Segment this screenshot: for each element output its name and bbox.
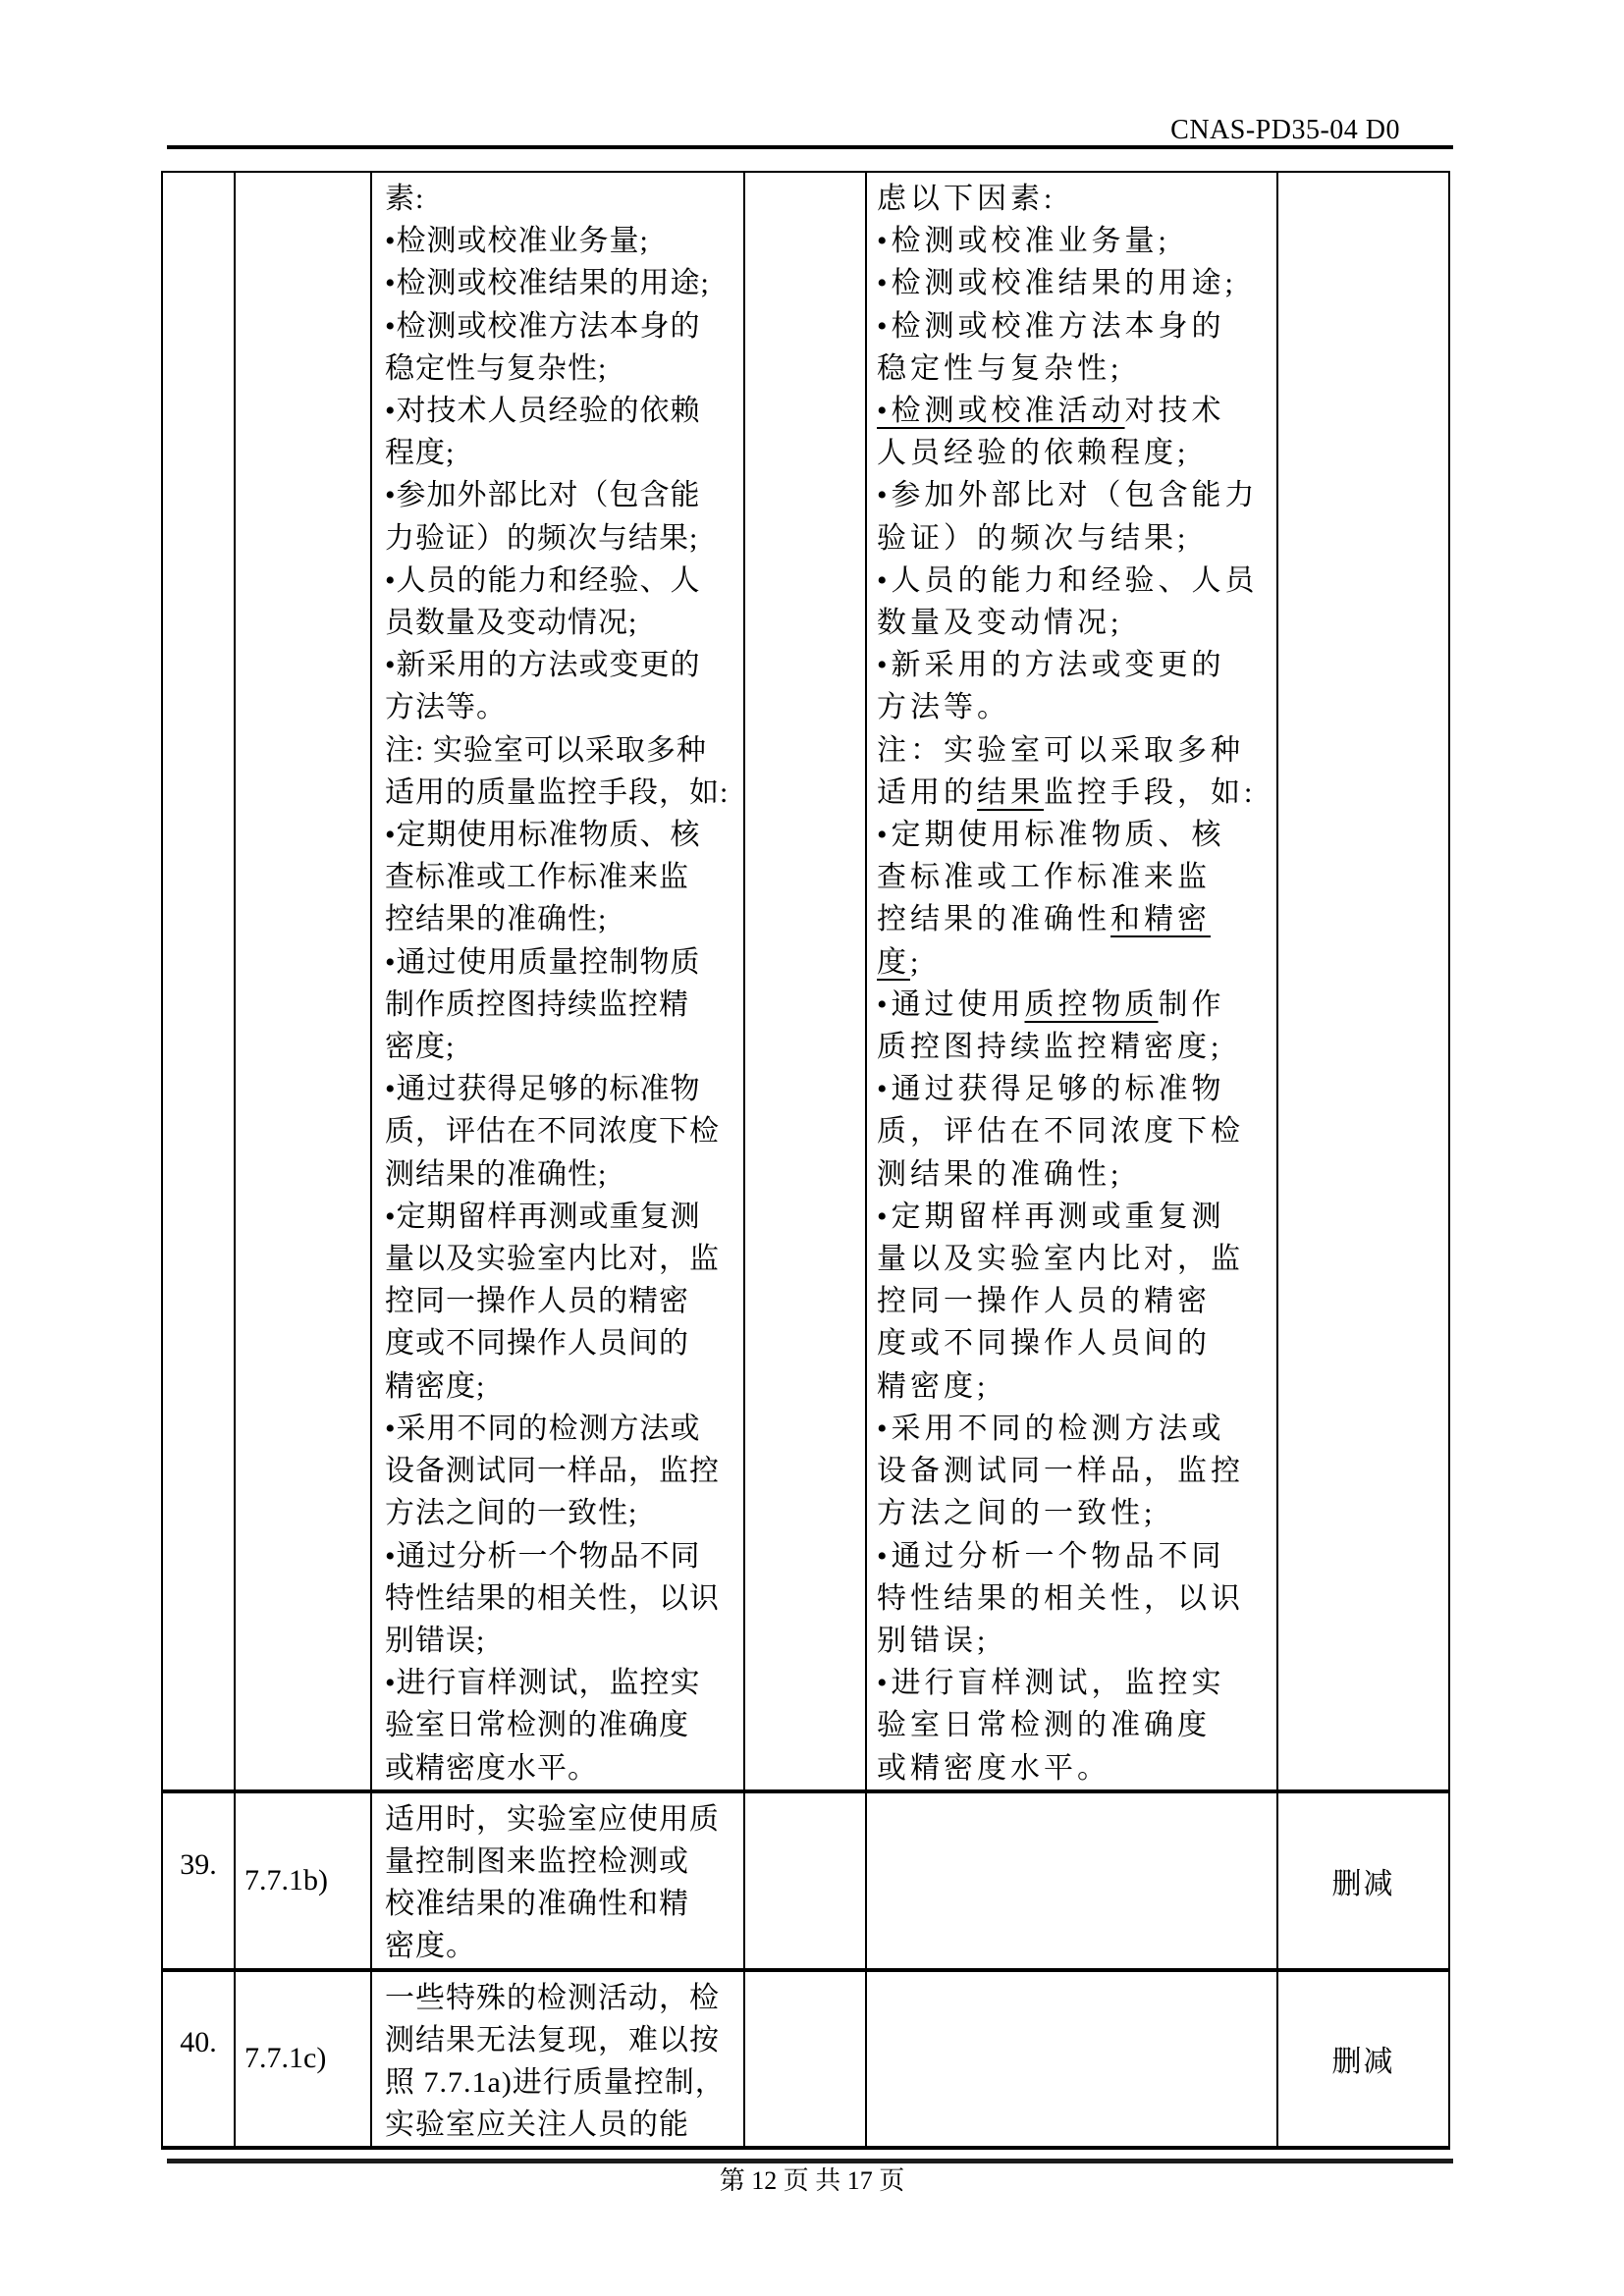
- table-row-continuation: 素:•检测或校准业务量;•检测或校准结果的用途;•检测或校准方法本身的稳定性与复…: [162, 172, 1449, 1791]
- text-line: 适用的质量监控手段，如:: [385, 772, 739, 814]
- text-line: 质，评估在不同浓度下检: [385, 1110, 739, 1152]
- text-line: 方法等。: [877, 686, 1272, 728]
- text-line: •人员的能力和经验、人员: [877, 560, 1272, 602]
- text-line: 虑以下因素:: [877, 178, 1272, 220]
- text-line: 设备测试同一样品，监控: [877, 1450, 1272, 1492]
- text-line: •参加外部比对（包含能: [385, 474, 739, 516]
- text-line: 或精密度水平。: [877, 1747, 1272, 1789]
- text-line: 稳定性与复杂性;: [385, 347, 739, 390]
- text-line: •通过使用质控物质制作: [877, 984, 1272, 1026]
- text-line: 度;: [877, 941, 1272, 984]
- text-line: •参加外部比对（包含能力: [877, 474, 1272, 516]
- text-line: •通过分析一个物品不同: [385, 1535, 739, 1577]
- text-line: •通过获得足够的标准物: [385, 1068, 739, 1110]
- text-line: •检测或校准方法本身的: [385, 305, 739, 347]
- text-line: 一些特殊的检测活动，检: [385, 1977, 739, 2019]
- text-line: 控同一操作人员的精密: [877, 1280, 1272, 1322]
- text-line: 制作质控图持续监控精: [385, 984, 739, 1026]
- footer-rule: [167, 2159, 1453, 2163]
- text-line: 注: 实验室可以采取多种: [385, 729, 739, 772]
- cell-gap: [744, 1791, 866, 1970]
- text-line: 特性结果的相关性，以识: [877, 1577, 1272, 1620]
- text-line: 控结果的准确性和精密: [877, 898, 1272, 940]
- text-line: •进行盲样测试，监控实: [385, 1662, 739, 1704]
- text-line: 适用时，实验室应使用质: [385, 1798, 739, 1841]
- text-line: 特性结果的相关性，以识: [385, 1577, 739, 1620]
- document-code: CNAS-PD35-04 D0: [1170, 116, 1400, 145]
- text-line: 质，评估在不同浓度下检: [877, 1110, 1272, 1152]
- table-row-40: 40. 7.7.1c) 一些特殊的检测活动，检测结果无法复现，难以按照 7.7.…: [162, 1970, 1449, 2149]
- text-line: •检测或校准结果的用途;: [385, 262, 739, 304]
- text-line: 精密度;: [385, 1365, 739, 1408]
- header-rule: [167, 145, 1453, 149]
- text-line: •通过分析一个物品不同: [877, 1535, 1272, 1577]
- cell-new-text: [866, 1970, 1277, 2149]
- text-line: •定期留样再测或重复测: [385, 1196, 739, 1238]
- text-line: 实验室应关注人员的能: [385, 2104, 739, 2146]
- text-line: 程度;: [385, 432, 739, 474]
- status-label: 删减: [1277, 1791, 1449, 1970]
- text-line: •检测或校准方法本身的: [877, 305, 1272, 347]
- text-line: 方法之间的一致性;: [877, 1492, 1272, 1534]
- row-number: 40.: [180, 2026, 217, 2058]
- text-line: 量以及实验室内比对，监: [877, 1238, 1272, 1280]
- text-line: •采用不同的检测方法或: [877, 1408, 1272, 1450]
- text-line: 校准结果的准确性和精: [385, 1883, 739, 1925]
- text-line: 照 7.7.1a)进行质量控制，: [385, 2061, 739, 2104]
- text-line: •定期留样再测或重复测: [877, 1196, 1272, 1238]
- text-line: 验室日常检测的准确度: [877, 1704, 1272, 1746]
- text-line: 数量及变动情况;: [877, 602, 1272, 644]
- cell-gap: [744, 172, 866, 1791]
- cell-old-text: 一些特殊的检测活动，检测结果无法复现，难以按照 7.7.1a)进行质量控制，实验…: [371, 1970, 744, 2149]
- text-line: 测结果的准确性;: [385, 1153, 739, 1196]
- text-line: •定期使用标准物质、核: [877, 814, 1272, 856]
- text-line: 别错误;: [385, 1620, 739, 1662]
- cell-new-text: 虑以下因素:•检测或校准业务量;•检测或校准结果的用途;•检测或校准方法本身的稳…: [866, 172, 1277, 1791]
- text-line: •通过获得足够的标准物: [877, 1068, 1272, 1110]
- text-line: •人员的能力和经验、人: [385, 560, 739, 602]
- cell-status-empty: [1277, 172, 1449, 1791]
- cell-old-text: 素:•检测或校准业务量;•检测或校准结果的用途;•检测或校准方法本身的稳定性与复…: [371, 172, 744, 1791]
- text-line: •定期使用标准物质、核: [385, 814, 739, 856]
- row-number: 39.: [180, 1848, 217, 1881]
- cell-row-number-empty: [162, 172, 235, 1791]
- text-line: 注：实验室可以采取多种: [877, 729, 1272, 772]
- text-line: •检测或校准活动对技术: [877, 390, 1272, 432]
- text-line: •通过使用质量控制物质: [385, 941, 739, 984]
- page-number: 第 12 页 共 17 页: [0, 2166, 1624, 2196]
- document-page: CNAS-PD35-04 D0 素:•检测或校准业务量;•检测或校准结果的用途;…: [0, 0, 1624, 2296]
- text-line: 质控图持续监控精密度;: [877, 1026, 1272, 1068]
- text-line: •检测或校准业务量;: [877, 220, 1272, 262]
- cell-row-number: 39.: [162, 1791, 235, 1970]
- text-line: 度或不同操作人员间的: [385, 1322, 739, 1364]
- text-line: 素:: [385, 178, 739, 220]
- cell-old-text: 适用时，实验室应使用质量控制图来监控检测或校准结果的准确性和精密度。: [371, 1791, 744, 1970]
- cell-gap: [744, 1970, 866, 2149]
- text-line: •对技术人员经验的依赖: [385, 390, 739, 432]
- text-line: 方法之间的一致性;: [385, 1492, 739, 1534]
- cell-clause: 7.7.1c): [235, 1970, 371, 2149]
- text-line: •检测或校准结果的用途;: [877, 262, 1272, 304]
- text-line: 别错误;: [877, 1620, 1272, 1662]
- status-label: 删减: [1277, 1970, 1449, 2149]
- text-line: 稳定性与复杂性;: [877, 347, 1272, 390]
- text-line: 控结果的准确性;: [385, 898, 739, 940]
- text-line: 验证）的频次与结果;: [877, 517, 1272, 560]
- text-line: 方法等。: [385, 686, 739, 728]
- text-line: 力验证）的频次与结果;: [385, 517, 739, 560]
- cell-new-text: [866, 1791, 1277, 1970]
- table-row-39: 39. 7.7.1b) 适用时，实验室应使用质量控制图来监控检测或校准结果的准确…: [162, 1791, 1449, 1970]
- text-line: 适用的结果监控手段，如:: [877, 772, 1272, 814]
- text-line: 或精密度水平。: [385, 1747, 739, 1789]
- text-line: 度或不同操作人员间的: [877, 1322, 1272, 1364]
- text-line: 查标准或工作标准来监: [385, 856, 739, 898]
- text-line: 查标准或工作标准来监: [877, 856, 1272, 898]
- text-line: 人员经验的依赖程度;: [877, 432, 1272, 474]
- text-line: 量控制图来监控检测或: [385, 1841, 739, 1883]
- text-line: 密度。: [385, 1925, 739, 1967]
- text-line: 精密度;: [877, 1365, 1272, 1408]
- cell-clause: 7.7.1b): [235, 1791, 371, 1970]
- text-line: •采用不同的检测方法或: [385, 1408, 739, 1450]
- text-line: 量以及实验室内比对，监: [385, 1238, 739, 1280]
- text-line: 验室日常检测的准确度: [385, 1704, 739, 1746]
- text-line: 测结果无法复现，难以按: [385, 2019, 739, 2061]
- text-line: 设备测试同一样品，监控: [385, 1450, 739, 1492]
- cell-clause-empty: [235, 172, 371, 1791]
- text-line: 密度;: [385, 1026, 739, 1068]
- text-line: 测结果的准确性;: [877, 1153, 1272, 1196]
- cell-row-number: 40.: [162, 1970, 235, 2149]
- text-line: •进行盲样测试，监控实: [877, 1662, 1272, 1704]
- text-line: •新采用的方法或变更的: [385, 644, 739, 686]
- text-line: 控同一操作人员的精密: [385, 1280, 739, 1322]
- text-line: •检测或校准业务量;: [385, 220, 739, 262]
- text-line: •新采用的方法或变更的: [877, 644, 1272, 686]
- text-line: 员数量及变动情况;: [385, 602, 739, 644]
- comparison-table: 素:•检测或校准业务量;•检测或校准结果的用途;•检测或校准方法本身的稳定性与复…: [161, 171, 1450, 2150]
